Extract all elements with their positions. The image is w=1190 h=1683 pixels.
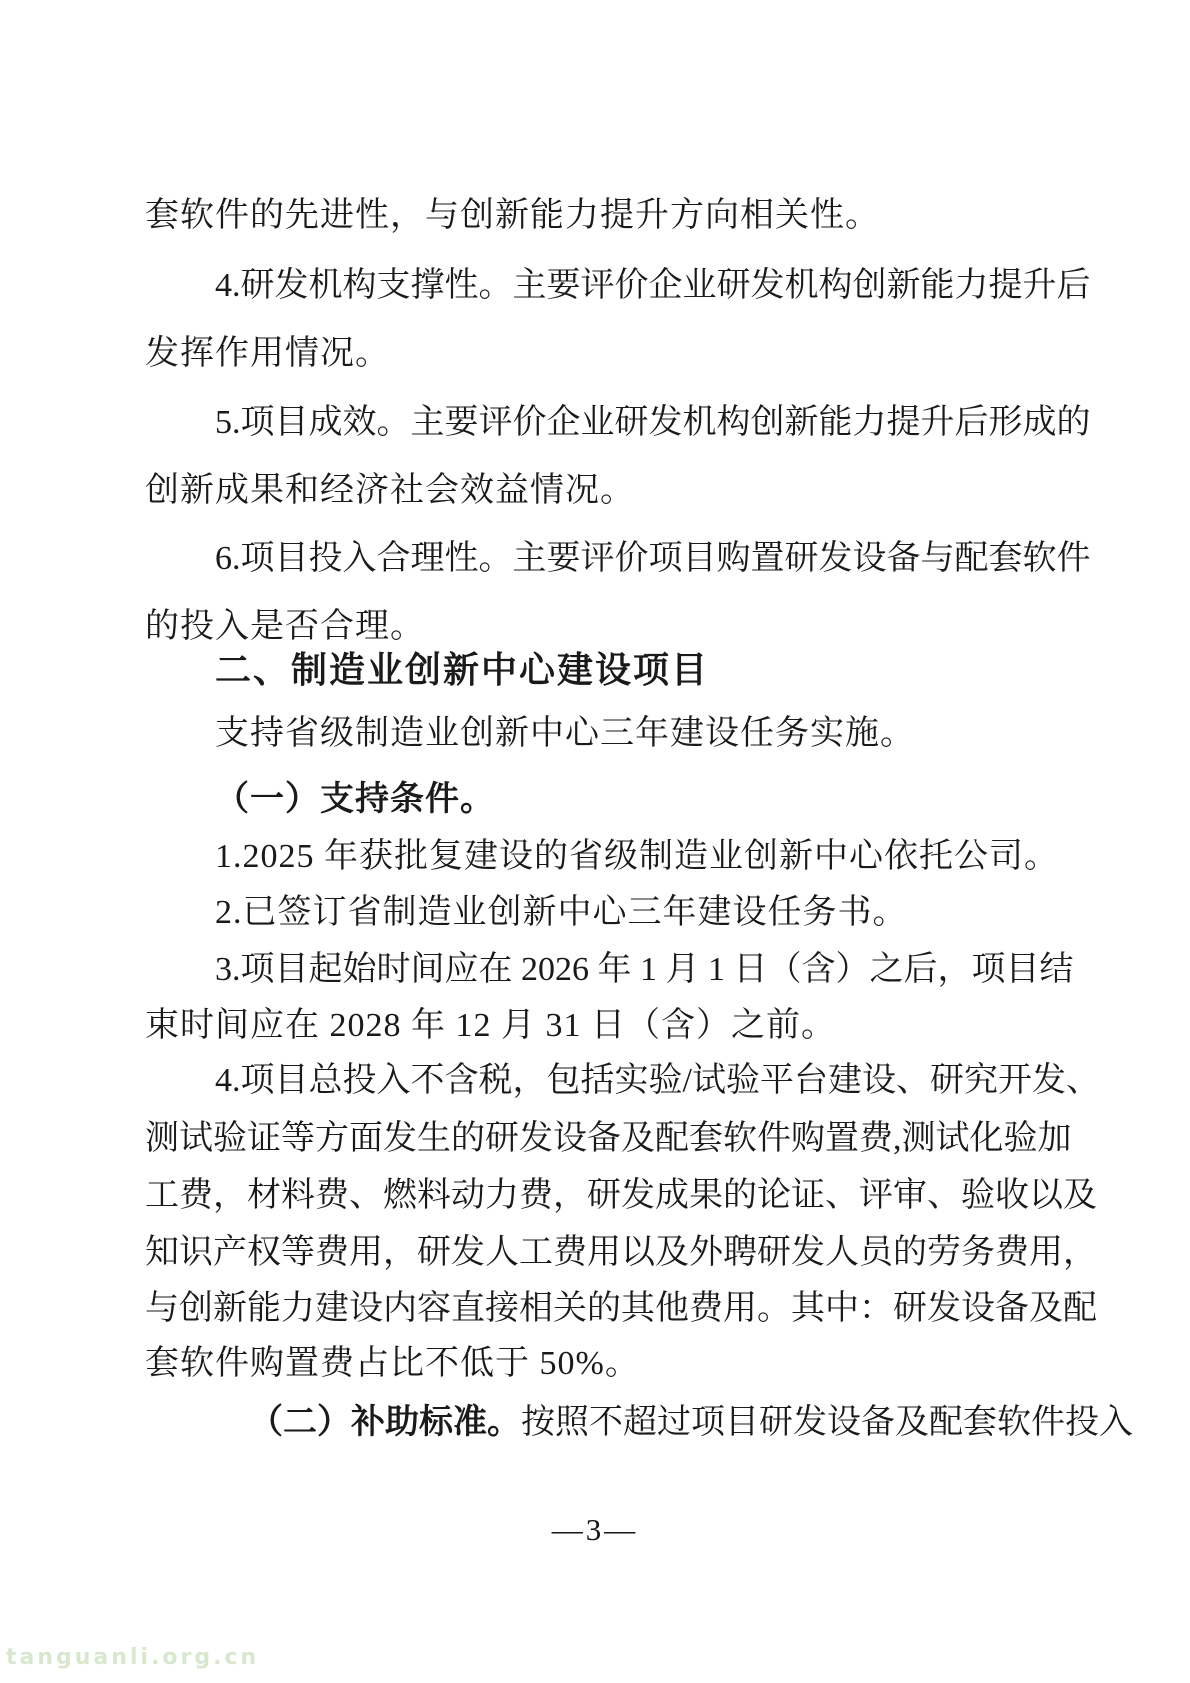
paragraph-line: 发挥作用情况。 — [145, 328, 390, 380]
paragraph-line: 套软件的先进性，与创新能力提升方向相关性。 — [145, 190, 880, 242]
paragraph-line: 知识产权等费用，研发人工费用以及外聘研发人员的劳务费用， — [145, 1227, 1045, 1279]
page-number: —3— — [145, 1505, 1045, 1555]
paragraph-line: 5.项目成效。主要评价企业研发机构创新能力提升后形成的 — [215, 397, 1045, 449]
paragraph-line: 支持省级制造业创新中心三年建设任务实施。 — [215, 708, 915, 760]
list-item-line: 2.已签订省制造业创新中心三年建设任务书。 — [215, 887, 908, 939]
section-heading: 二、制造业创新中心建设项目 — [215, 645, 709, 697]
paragraph-line: 束时间应在 2028 年 12 月 31 日（含）之前。 — [145, 1000, 836, 1052]
paragraph-line: 套软件购置费占比不低于 50%。 — [145, 1338, 640, 1390]
list-item-line: 3.项目起始时间应在 2026 年 1 月 1 日（含）之后，项目结 — [215, 944, 1045, 996]
paragraph-line: 与创新能力建设内容直接相关的其他费用。其中：研发设备及配 — [145, 1283, 1045, 1335]
paragraph-line: 4.研发机构支撑性。主要评价企业研发机构创新能力提升后 — [215, 260, 1045, 312]
paragraph-line: 测试验证等方面发生的研发设备及配套软件购置费,测试化验加 — [145, 1113, 1045, 1165]
paragraph-line: 创新成果和经济社会效益情况。 — [145, 465, 635, 517]
list-item-line: 1.2025 年获批复建设的省级制造业创新中心依托公司。 — [215, 831, 1059, 883]
document-page: 套软件的先进性，与创新能力提升方向相关性。 4.研发机构支撑性。主要评价企业研发… — [0, 0, 1190, 1683]
watermark-text: tanguanli.org.cn — [6, 1645, 259, 1670]
paragraph-line: 工费，材料费、燃料动力费，研发成果的论证、评审、验收以及 — [145, 1170, 1045, 1222]
subsection-heading-support-conditions: （一）支持条件。 — [215, 774, 495, 826]
paragraph-line: 6.项目投入合理性。主要评价项目购置研发设备与配套软件 — [215, 533, 1045, 585]
list-item-line: 4.项目总投入不含税，包括实验/试验平台建设、研究开发、 — [215, 1055, 1045, 1107]
subsection-heading-subsidy-standard: （二）补助标准。按照不超过项目研发设备及配套软件投入 — [215, 1397, 1045, 1449]
